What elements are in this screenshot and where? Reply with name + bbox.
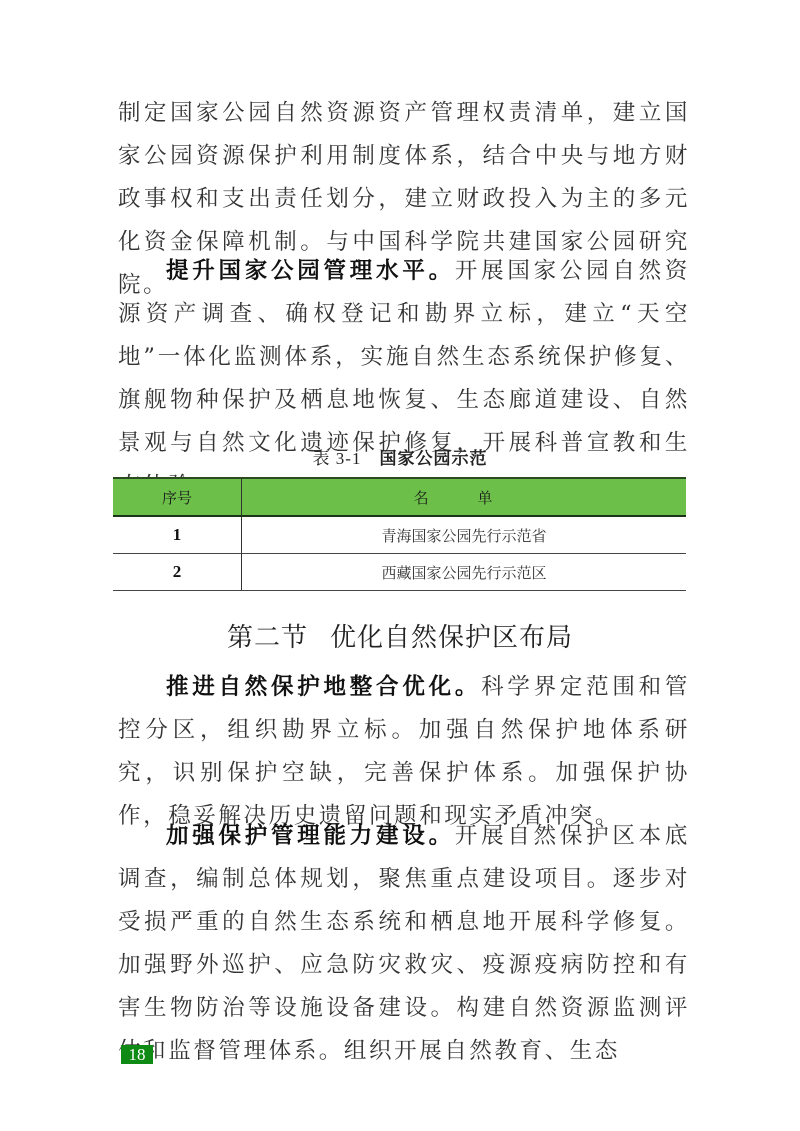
- paragraph-park-management: 提升国家公园管理水平。开展国家公园自然资源资产调查、确权登记和勘界立标，建立“天…: [118, 250, 690, 508]
- paragraph-text: 开展自然保护区本底调查，编制总体规划，聚焦重点建设项目。逐步对受损严重的自然生态…: [118, 823, 690, 1064]
- row-name: 青海国家公园先行示范省: [242, 516, 687, 554]
- paragraph-lead: 推进自然保护地整合优化。: [166, 674, 481, 700]
- paragraph-capacity-building: 加强保护管理能力建设。开展自然保护区本底调查，编制总体规划，聚焦重点建设项目。逐…: [118, 815, 690, 1073]
- row-index: 2: [113, 554, 242, 591]
- section-heading: 第二节优化自然保护区布局: [0, 617, 800, 654]
- table-header-row: 序号 名 单: [113, 478, 686, 516]
- national-park-table: 序号 名 单 1 青海国家公园先行示范省 2 西藏国家公园先行示范区: [113, 477, 686, 591]
- table-caption-title: 国家公园示范: [379, 449, 487, 469]
- table-caption-number: 表 3-1: [313, 449, 362, 468]
- page-number-badge: 18: [121, 1045, 153, 1064]
- column-header-index: 序号: [113, 478, 242, 516]
- column-header-name: 名 单: [242, 478, 687, 516]
- paragraph-protected-area-integration: 推进自然保护地整合优化。科学界定范围和管控分区，组织勘界立标。加强自然保护地体系…: [118, 666, 690, 838]
- paragraph-lead: 提升国家公园管理水平。: [166, 258, 455, 284]
- row-index: 1: [113, 516, 242, 554]
- section-number: 第二节: [227, 623, 308, 653]
- section-title-text: 优化自然保护区布局: [330, 623, 573, 653]
- table-row: 2 西藏国家公园先行示范区: [113, 554, 686, 591]
- table-row: 1 青海国家公园先行示范省: [113, 516, 686, 554]
- table-caption: 表 3-1国家公园示范: [0, 444, 800, 469]
- paragraph-lead: 加强保护管理能力建设。: [166, 823, 455, 849]
- document-page: 制定国家公园自然资源资产管理权责清单，建立国家公园资源保护利用制度体系，结合中央…: [0, 0, 800, 1131]
- row-name: 西藏国家公园先行示范区: [242, 554, 687, 591]
